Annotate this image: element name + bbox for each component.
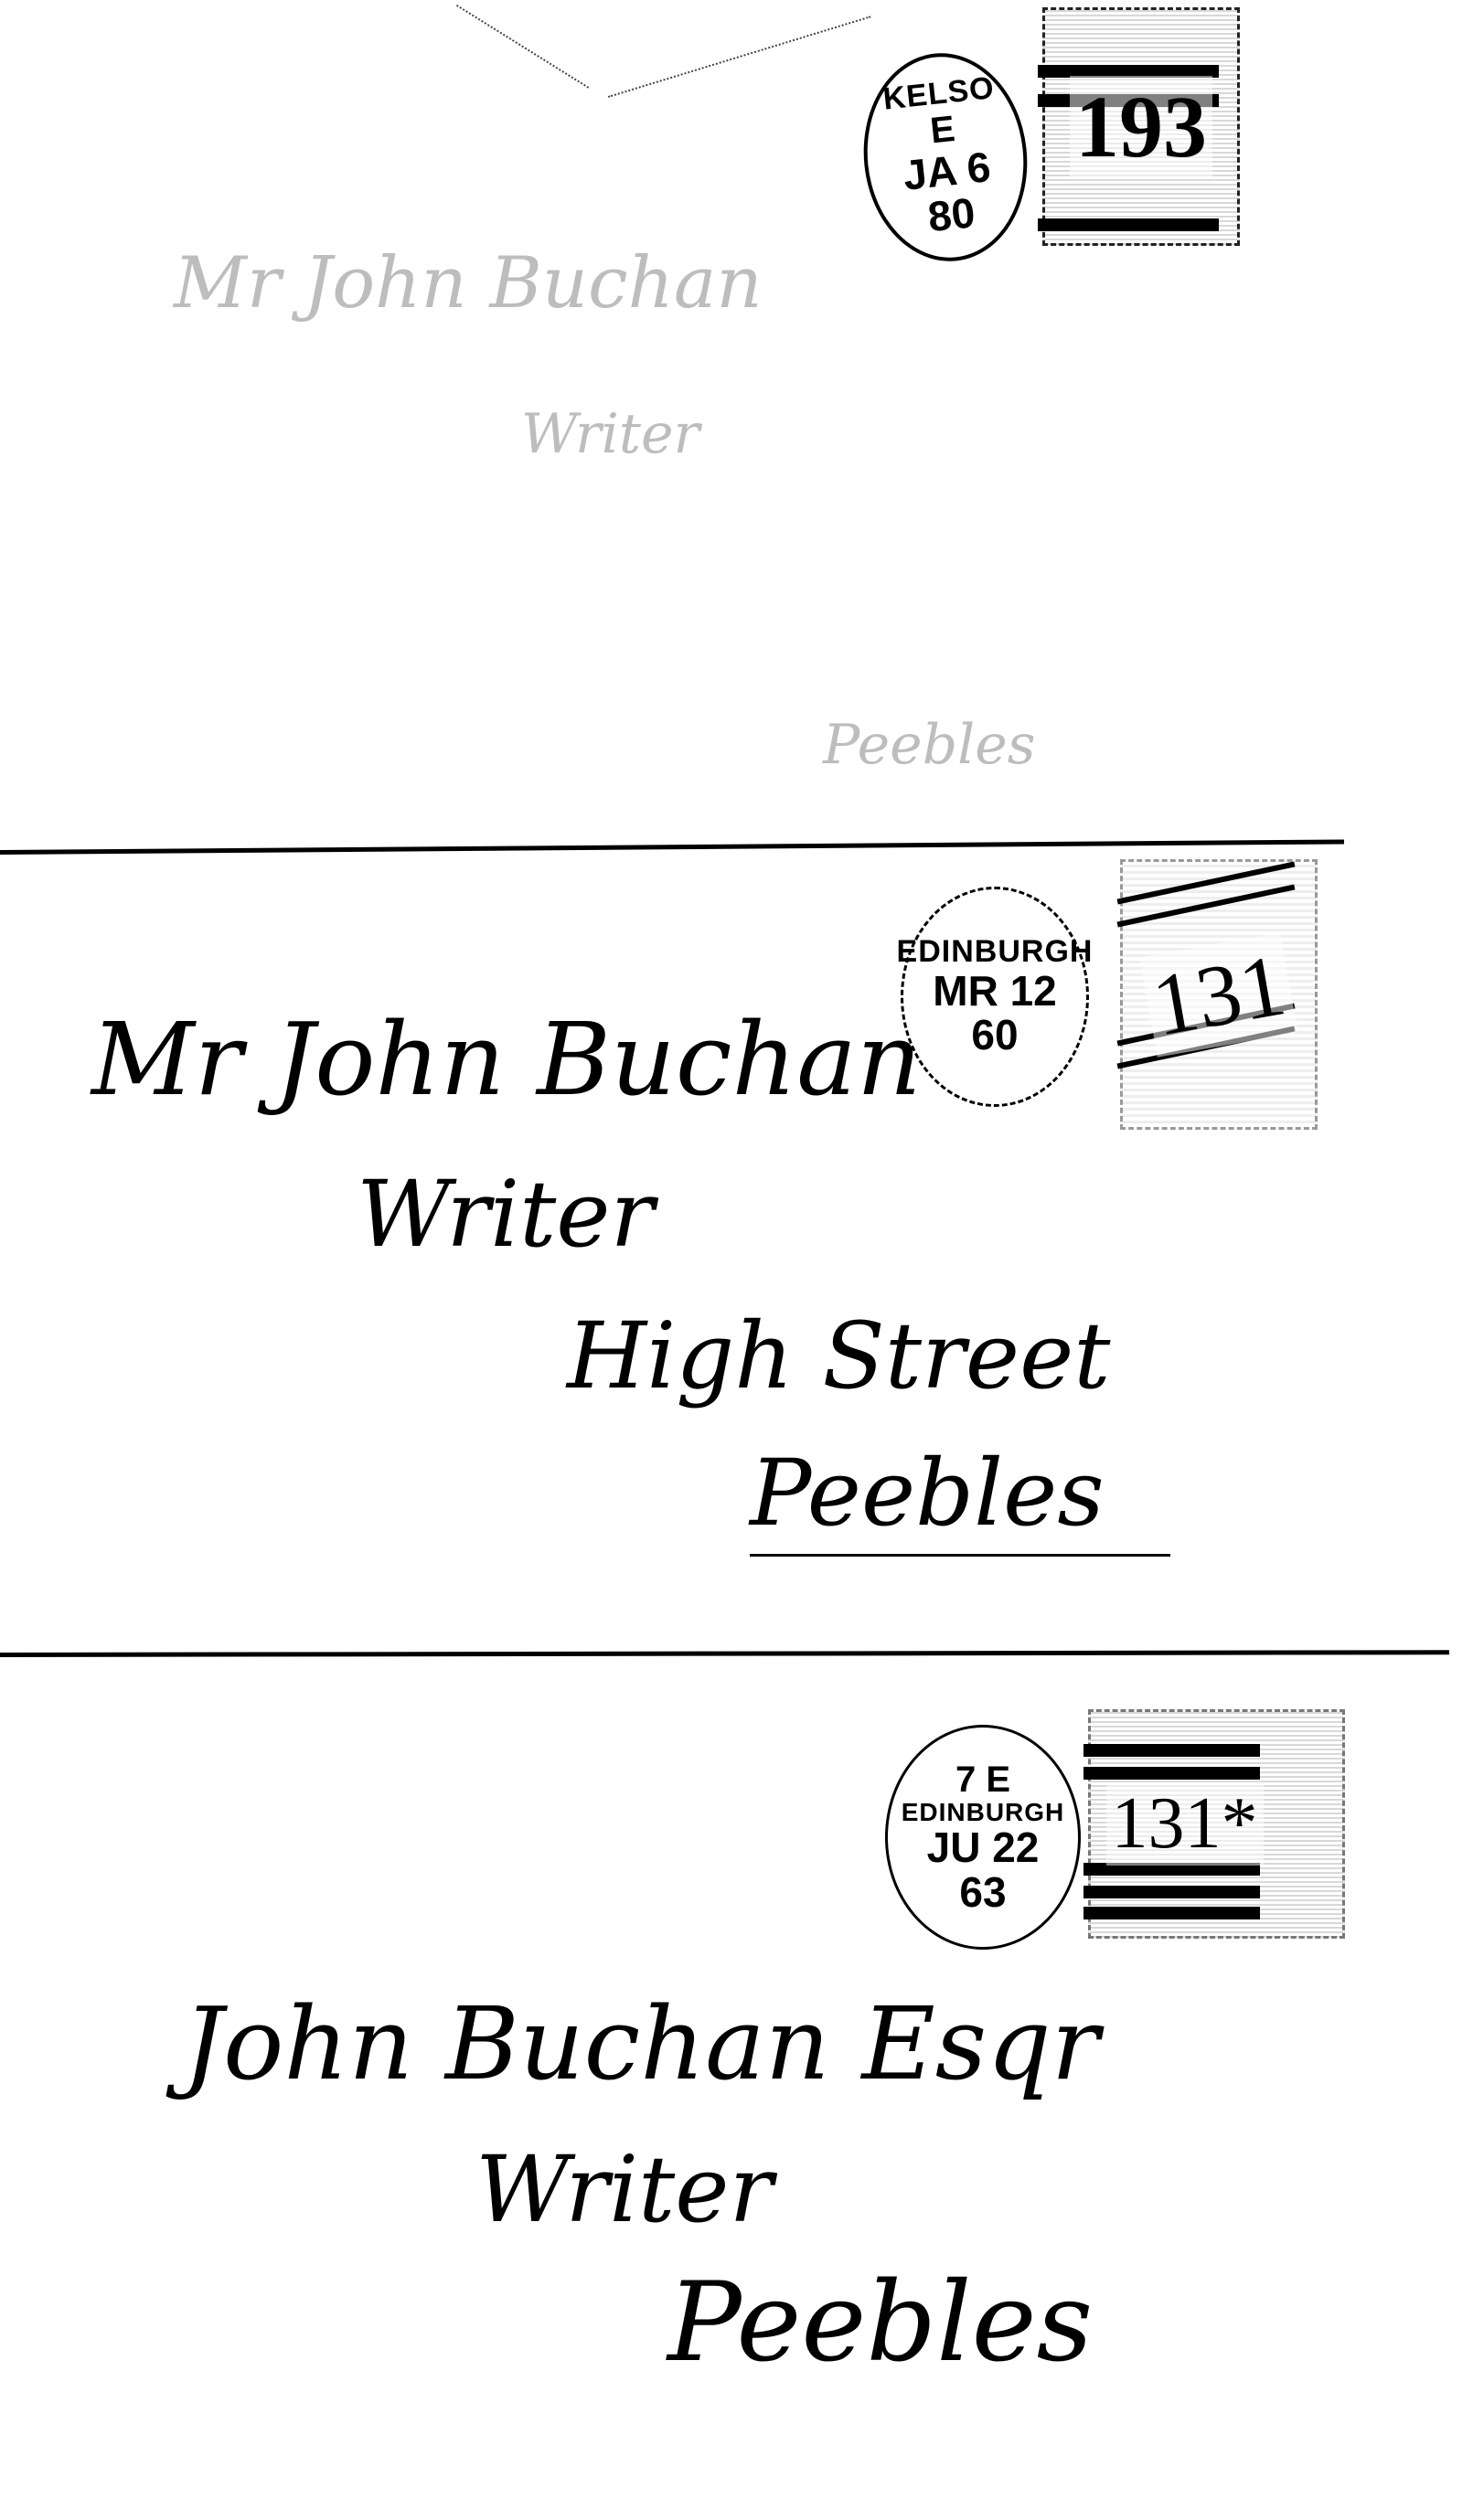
address-line-2: Writer xyxy=(475,2136,773,2243)
cancel-bar xyxy=(1083,1886,1260,1898)
cancel-bar xyxy=(1117,861,1296,904)
postmark-year: 60 xyxy=(971,1013,1018,1057)
postmark-edinburgh: 7 E EDINBURGH JU 22 63 xyxy=(885,1725,1081,1950)
postmark-code: E xyxy=(928,109,956,150)
postmark-town: EDINBURGH xyxy=(897,936,1094,969)
cancel-bar xyxy=(1038,218,1219,231)
stamp-cancel-193: 193 xyxy=(1042,7,1240,246)
cancel-number: 131 xyxy=(1140,932,1298,1057)
address-line-1: Mr John Buchan xyxy=(174,242,763,324)
postmark-date: JA 6 xyxy=(902,144,993,197)
address-line-2: Writer xyxy=(357,1161,654,1268)
envelope-edinburgh-1860: EDINBURGH MR 12 60 131 Mr John Buchan Wr… xyxy=(0,845,1473,1650)
cancel-bar xyxy=(1083,1767,1260,1780)
stamp-cancel-131-star: 131* xyxy=(1088,1709,1345,1939)
postmark-date: JU 22 xyxy=(927,1825,1040,1869)
postmark-town: EDINBURGH xyxy=(902,1799,1065,1825)
postmark-date: MR 12 xyxy=(933,969,1056,1013)
postmark-edinburgh: EDINBURGH MR 12 60 xyxy=(901,887,1089,1107)
address-line-1: John Buchan Esqr xyxy=(183,1985,1099,2102)
stamp-cancel-131: 131 xyxy=(1120,859,1318,1130)
address-line-2: Writer xyxy=(521,402,699,466)
cancel-number: 131* xyxy=(1106,1782,1264,1866)
address-line-3: Peebles xyxy=(823,713,1036,777)
address-line-3: High Street xyxy=(567,1303,1110,1409)
cancel-bar xyxy=(1083,1907,1260,1919)
postmark-year: 63 xyxy=(959,1870,1006,1914)
envelope-kelso: KELSO E JA 6 80 193 Mr John Buchan Write… xyxy=(0,0,1473,841)
postmark-year: 80 xyxy=(926,190,977,239)
cancel-bar xyxy=(1083,1744,1260,1757)
postmark-code: 7 E xyxy=(955,1760,1010,1799)
envelope-edinburgh-1863: 7 E EDINBURGH JU 22 63 131* John Buchan … xyxy=(0,1656,1473,2520)
address-line-4: Peebles xyxy=(750,1440,1105,1547)
address-line-1: Mr John Buchan xyxy=(91,1001,922,1118)
address-underline xyxy=(750,1554,1170,1557)
cancel-bar xyxy=(1117,884,1296,927)
envelope-flap-left xyxy=(456,5,589,89)
cancel-number: 193 xyxy=(1070,76,1212,177)
envelope-flap-right xyxy=(608,16,870,98)
address-line-3: Peebles xyxy=(667,2259,1093,2387)
postmark-kelso: KELSO E JA 6 80 xyxy=(854,45,1038,269)
